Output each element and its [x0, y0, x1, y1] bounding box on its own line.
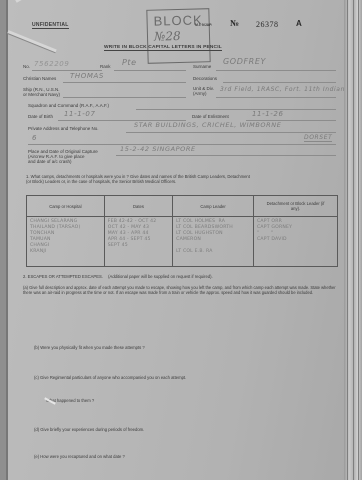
- question-2c: (c) Give Regimental particulars of anyon…: [34, 375, 186, 380]
- question-2e: (e) How were you recaptured and on what …: [34, 454, 125, 459]
- no-label: No.: [23, 64, 30, 69]
- question-1-line2: (or Block) Leaders or, in the case of ho…: [26, 179, 176, 184]
- dob-value: 11-1-07: [64, 110, 96, 118]
- ship-label-2: or Merchant Navy): [23, 92, 60, 97]
- capture-value: 15-2-42 SINGAPORE: [120, 145, 196, 153]
- dob-label: Date of Birth: [28, 114, 53, 119]
- address-value-2: DORSET: [304, 134, 332, 142]
- number-suffix: A: [296, 19, 302, 28]
- unit-value: 3rd Field, 1RASC, Fort. 11th Indian: [220, 86, 345, 93]
- page-stack-edge: [344, 0, 362, 480]
- block-stamp: BLOCK №28: [146, 8, 210, 64]
- address-value-1: STAR BUILDINGS, CRICHEL, WIMBORNE: [134, 121, 281, 129]
- camps-table: Camp or Hospital Dates Camp Leader Detac…: [26, 195, 338, 267]
- instruction-heading: WRITE IN BLOCK CAPITAL LETTERS IN PENCIL: [104, 45, 222, 51]
- header-dates: Dates: [104, 196, 172, 217]
- question-2d: (d) Give briefly your experiences during…: [34, 427, 144, 432]
- enlistment-value: 11-1-26: [252, 110, 284, 118]
- capture-label-3: and date of a/c crash): [28, 159, 72, 164]
- block-leader-cell: CAPT ORR CAPT GORNEY " " CAPT DAVID: [254, 217, 337, 245]
- question-2-heading: 2. ESCAPES OR ATTEMPTED ESCAPES. (Additi…: [23, 274, 213, 279]
- camp-cell: CHANGI SELARANG THAILAND (TARSAO) TONCHA…: [27, 217, 104, 257]
- questionnaire-page: UNFIDENTIAL BLOCK №28 M.I. 9/JAP. № 2637…: [6, 0, 346, 480]
- no-value: 7562209: [34, 60, 69, 68]
- enlistment-label: Date of Enlistment: [192, 114, 229, 119]
- number-label: №: [230, 18, 239, 28]
- ref-label: M.I. 9/JAP.: [195, 23, 212, 27]
- header-block-leader: Detachment or Block Leader (if any).: [254, 196, 338, 217]
- question-2a: (a) Give full description and approx. da…: [23, 285, 339, 295]
- camps-table-header: Camp or Hospital Dates Camp Leader Detac…: [27, 196, 338, 217]
- surname-label: Surname: [193, 64, 211, 69]
- squadron-label: Squadron and Command (R.A.F., A.A.F.): [28, 103, 109, 108]
- christian-names-value: THOMAS: [70, 72, 104, 80]
- address-label: Private Address and Telephone No.: [28, 126, 98, 131]
- paper-clip: [7, 30, 56, 52]
- paper-clip-top: [15, 0, 51, 3]
- classification-label: UNFIDENTIAL: [32, 22, 69, 29]
- header-camp-leader: Camp Leader: [173, 196, 254, 217]
- christian-names-label: Christian Names: [23, 76, 56, 81]
- table-row: CHANGI SELARANG THAILAND (TARSAO) TONCHA…: [27, 217, 338, 267]
- dates-cell: FEB 42-42 - OCT 42 OCT 42 - MAY 43 MAY 4…: [105, 217, 172, 251]
- unit-label-2: (Army): [193, 91, 207, 96]
- decorations-label: Decorations: [193, 76, 217, 81]
- surname-value: GODFREY: [223, 57, 266, 66]
- document-number: 26378: [256, 20, 279, 29]
- rank-value: Pte: [122, 58, 137, 67]
- escapes-heading: 2. ESCAPES OR ATTEMPTED ESCAPES.: [23, 274, 103, 279]
- header-camp: Camp or Hospital: [27, 196, 105, 217]
- stamp-line2: №28: [154, 29, 181, 44]
- camp-leader-cell: LT COL HOLMES RA LT COL BEARDSWORTH LT C…: [173, 217, 253, 257]
- rank-label: Rank: [100, 64, 111, 69]
- address-value-3: 6: [32, 134, 37, 142]
- question-2b: (b) Were you physically fit when you mad…: [34, 345, 145, 350]
- escapes-note: (Additional paper will be supplied on re…: [108, 274, 213, 279]
